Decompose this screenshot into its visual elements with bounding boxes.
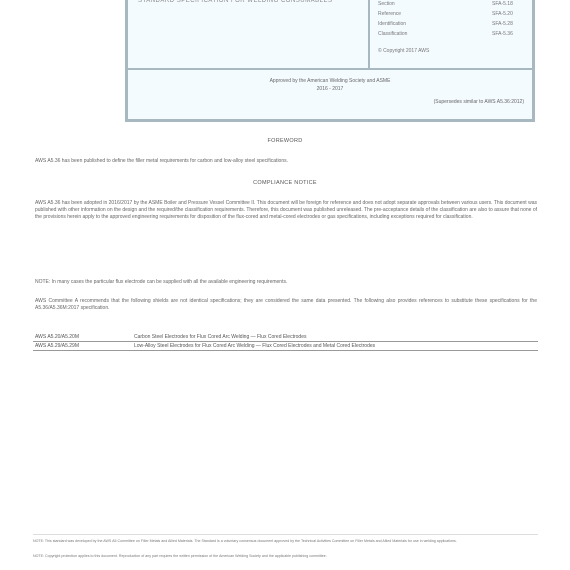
compliance-paragraph: AWS A5.36 has been adopted in 2016/2017 … <box>35 200 537 222</box>
approval-line: Approved by the American Welding Society… <box>128 77 532 85</box>
specification-header-box: STANDARD SPECIFICATION FOR WELDING CONSU… <box>125 0 535 122</box>
footer-note: NOTE: This standard was developed by the… <box>33 539 538 544</box>
reference-title: Carbon Steel Electrodes for Flux Cored A… <box>132 333 538 342</box>
spec-label: Section <box>378 0 395 9</box>
reference-title: Low-Alloy Steel Electrodes for Flux Core… <box>132 342 538 351</box>
approval-section: Approved by the American Welding Society… <box>128 70 532 120</box>
spec-value: SFA-5.36 <box>492 29 524 39</box>
committee-paragraph: AWS Committee A recommends that the foll… <box>35 298 537 312</box>
spec-row: Reference SFA-5.20 <box>372 9 532 19</box>
copyright-notice: © Copyright 2017 AWS <box>372 48 532 54</box>
spec-row: Classification SFA-5.36 <box>372 29 532 39</box>
compliance-heading: COMPLIANCE NOTICE <box>0 180 570 186</box>
supersedes-note: (Supersedes similar to AWS A5.36:2012) <box>434 99 524 105</box>
document-page: STANDARD SPECIFICATION FOR WELDING CONSU… <box>0 0 570 570</box>
reference-code: AWS A5.29/A5.29M <box>33 342 132 351</box>
foreword-heading: FOREWORD <box>0 138 570 144</box>
table-row: AWS A5.20/A5.20M Carbon Steel Electrodes… <box>33 333 538 342</box>
spec-value: SFA-5.28 <box>492 19 524 29</box>
reference-code: AWS A5.20/A5.20M <box>33 333 132 342</box>
approval-years: 2016 - 2017 <box>128 85 532 93</box>
footer-divider <box>33 534 538 535</box>
spec-row: Section SFA-5.18 <box>372 0 532 9</box>
header-title: STANDARD SPECIFICATION FOR WELDING CONSU… <box>138 0 332 4</box>
foreword-paragraph: AWS A5.36 has been published to define t… <box>35 158 537 165</box>
spec-row: Identification SFA-5.28 <box>372 19 532 29</box>
header-title-cell: STANDARD SPECIFICATION FOR WELDING CONSU… <box>128 0 370 68</box>
note-paragraph: NOTE: In many cases the particular flux … <box>35 279 537 286</box>
spec-value: SFA-5.18 <box>492 0 524 9</box>
footer-note: NOTE: Copyright protection applies to th… <box>33 554 538 559</box>
specification-list: Section SFA-5.18 Reference SFA-5.20 Iden… <box>372 0 532 68</box>
spec-label: Reference <box>378 9 401 19</box>
reference-table: AWS A5.20/A5.20M Carbon Steel Electrodes… <box>33 333 538 351</box>
header-top-section: STANDARD SPECIFICATION FOR WELDING CONSU… <box>128 0 532 70</box>
spec-label: Identification <box>378 19 406 29</box>
table-row: AWS A5.29/A5.29M Low-Alloy Steel Electro… <box>33 342 538 351</box>
spec-label: Classification <box>378 29 407 39</box>
spec-value: SFA-5.20 <box>492 9 524 19</box>
